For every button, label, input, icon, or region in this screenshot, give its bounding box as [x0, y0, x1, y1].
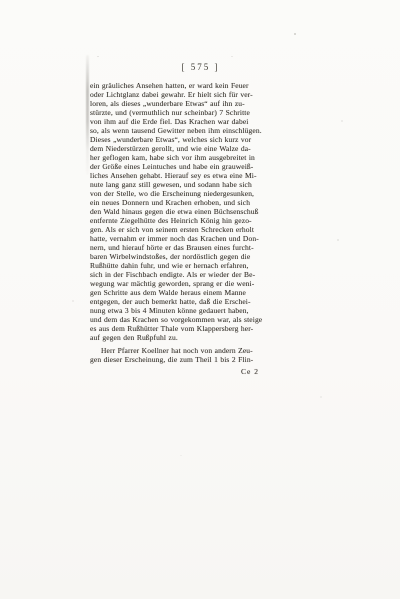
scan-speckle — [337, 239, 339, 241]
scan-speckle — [320, 396, 322, 398]
scan-speckle — [341, 120, 343, 122]
body-paragraph-2: Herr Pfarrer Koellner hat noch von ander… — [90, 346, 311, 364]
scan-speckle — [294, 33, 296, 35]
scan-speckle — [180, 455, 182, 456]
signature-mark: Ce 2 — [90, 367, 311, 376]
scan-speckle — [72, 300, 74, 302]
page-number: [ 575 ] — [90, 62, 311, 72]
scanned-page: [ 575 ] ein gräuliches Ansehen hatten, e… — [0, 0, 400, 599]
scan-speckle — [231, 56, 233, 57]
left-margin-smudge — [86, 55, 89, 175]
text-block: [ 575 ] ein gräuliches Ansehen hatten, e… — [90, 62, 311, 376]
body-paragraph-1: ein gräuliches Ansehen hatten, er ward k… — [90, 81, 311, 342]
scan-speckle — [97, 56, 99, 57]
